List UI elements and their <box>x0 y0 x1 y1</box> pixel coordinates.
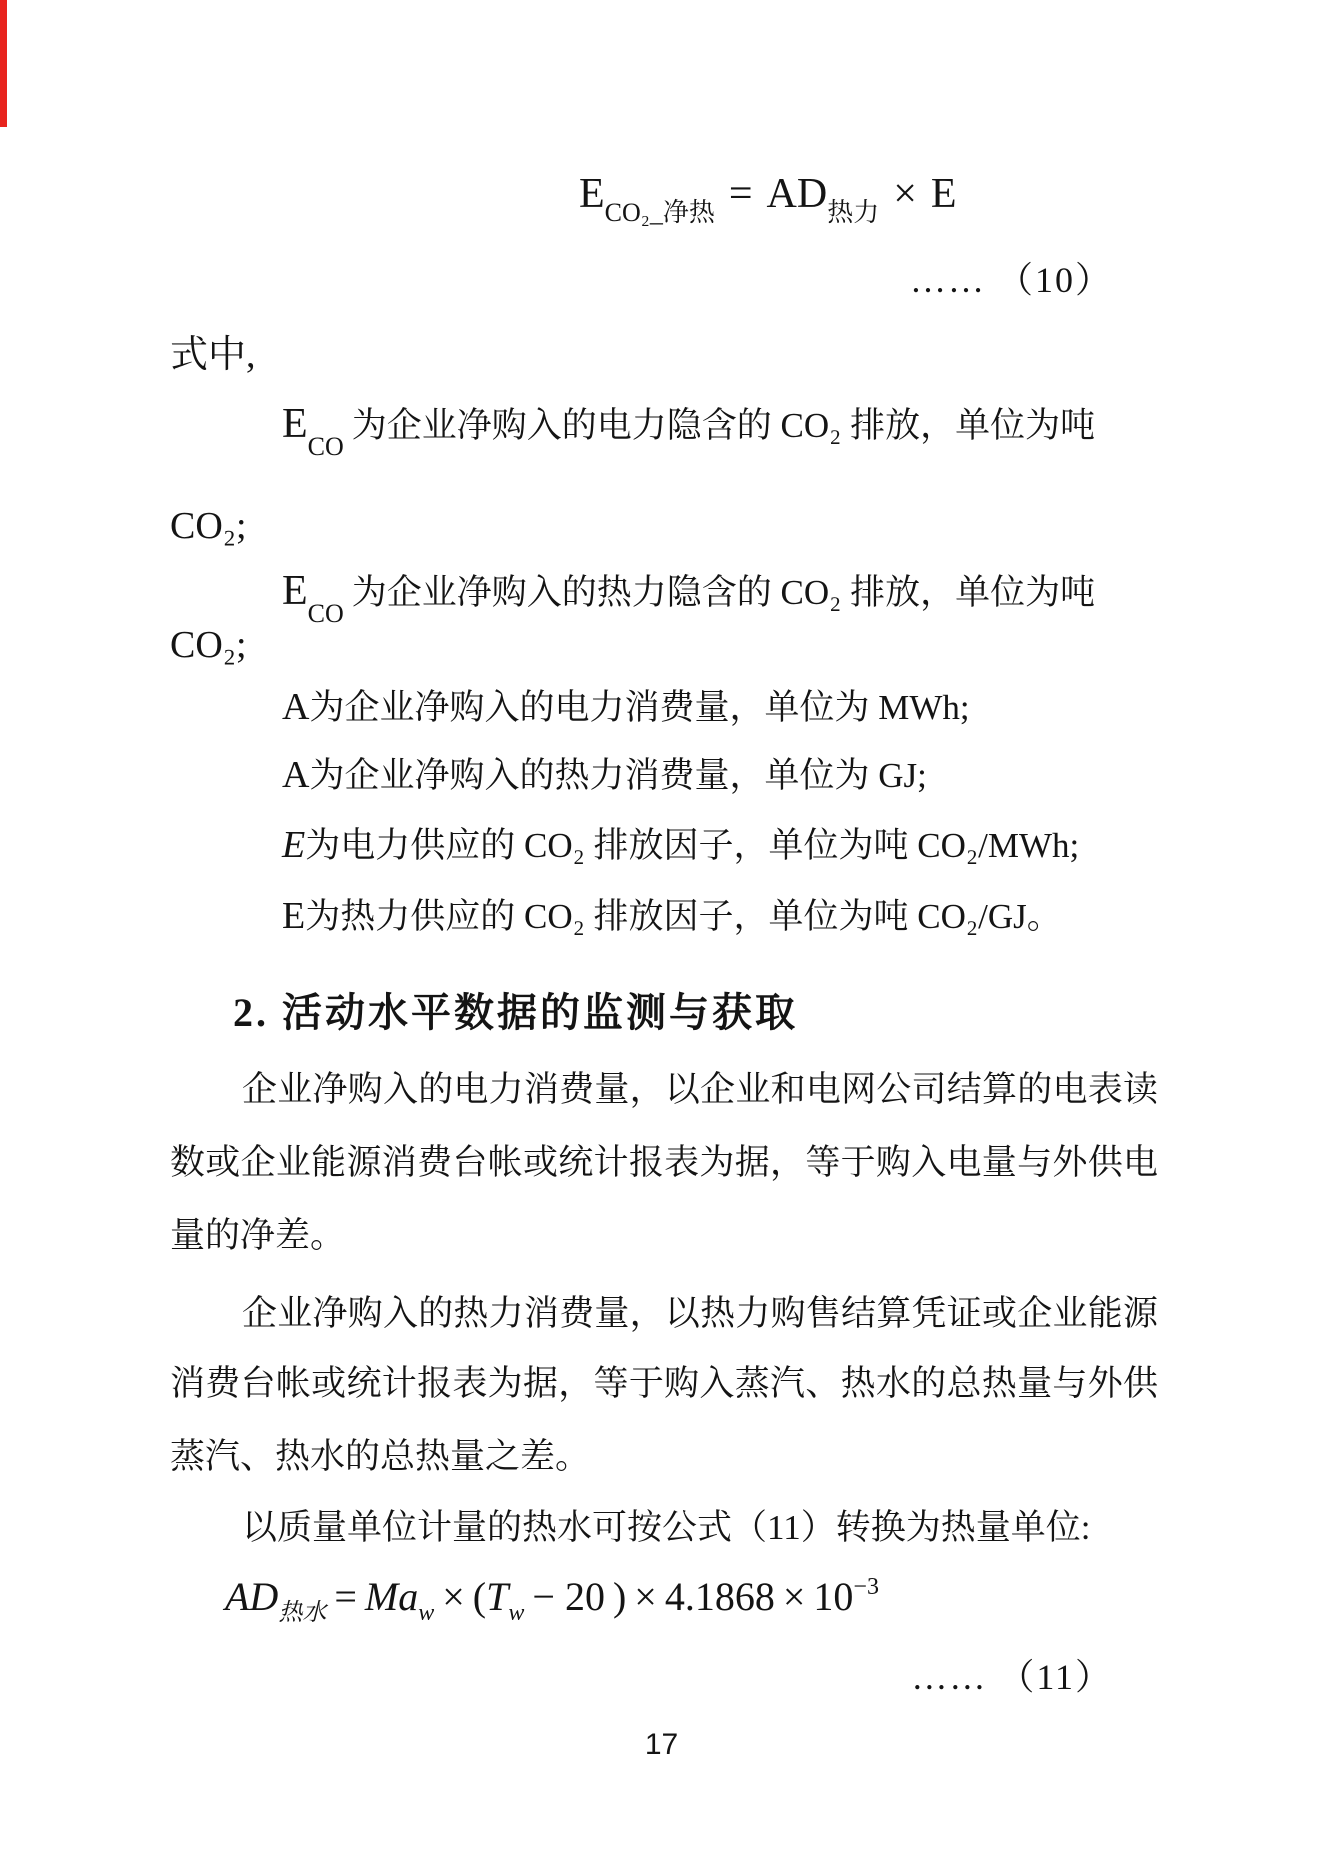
formula-11-power-base: 10 <box>813 1574 853 1619</box>
paragraph-2-line-1: 企业净购入的热力消费量，以热力购售结算凭证或企业能源 <box>170 1292 1158 1336</box>
red-annotation-mark <box>0 0 7 127</box>
definition-6-text: 为热力供应的 CO₂ 排放因子，单位为吨 CO₂/GJ。 <box>305 897 1062 936</box>
formula-10-equals: = <box>729 171 753 217</box>
formula-10-lhs-base: E <box>579 171 605 217</box>
definition-5-text: 为电力供应的 CO₂ 排放因子，单位为吨 CO₂/MWh; <box>305 826 1079 865</box>
formula-11-lhs-subscript: 热水 <box>278 1600 326 1626</box>
formula-10-times: × <box>893 171 917 217</box>
definition-line-5: E为电力供应的 CO₂ 排放因子，单位为吨 CO₂/MWh; <box>282 822 1079 870</box>
paragraph-2-line-3: 蒸汽、热水的总热量之差。 <box>170 1435 1158 1479</box>
where-intro: 式中, <box>170 332 256 380</box>
definition-3-term: A <box>282 686 309 728</box>
page-number: 17 <box>0 1728 1323 1762</box>
paragraph-1-line-2: 数或企业能源消费台帐或统计报表为据，等于购入电量与外供电 <box>170 1141 1158 1185</box>
formula-11-coefficient: 4.1868 <box>665 1574 775 1619</box>
formula-11-paren-close: ) <box>613 1574 626 1619</box>
formula-11-m-base: Ma <box>365 1574 418 1619</box>
formula-11-times-1: × <box>442 1574 465 1619</box>
definition-4-term: A <box>282 754 309 796</box>
formula-11-times-3: × <box>783 1574 806 1619</box>
formula-11-equals: = <box>334 1574 357 1619</box>
definition-line-1: ECO为企业净购入的电力隐含的 CO₂ 排放，单位为吨 <box>282 398 1103 464</box>
formula-11-intro: 以质量单位计量的热水可按公式（11）转换为热量单位: <box>170 1506 1158 1550</box>
definition-line-6: E为热力供应的 CO₂ 排放因子，单位为吨 CO₂/GJ。 <box>282 893 1062 941</box>
definition-line-4: A为企业净购入的热力消费量，单位为 GJ; <box>282 752 927 800</box>
formula-11-t-subscript: w <box>508 1600 524 1626</box>
formula-11-t-base: T <box>486 1574 508 1619</box>
definition-3-text: 为企业净购入的电力消费量，单位为 MWh; <box>309 688 969 727</box>
formula-10-rhs-factor: E <box>931 171 957 217</box>
definition-2-term: E <box>282 568 308 614</box>
paragraph-1-line-3: 量的净差。 <box>170 1214 1158 1258</box>
formula-10-rhs-base: AD <box>767 171 828 217</box>
definition-6-term: E <box>282 895 305 937</box>
paragraph-2-line-2: 消费台帐或统计报表为据，等于购入蒸汽、热水的总热量与外供 <box>170 1362 1158 1406</box>
formula-10-lhs-subscript: CO₂_净热 <box>605 198 715 227</box>
formula-11-paren-open: ( <box>473 1574 486 1619</box>
definition-2-term-subscript: CO <box>308 599 344 628</box>
formula-10: ECO₂_净热=AD热力×E <box>579 168 957 230</box>
formula-11-power-exponent: −3 <box>853 1574 879 1600</box>
equation-label-10: …… （10） <box>910 258 1113 303</box>
definition-1-text: 为企业净购入的电力隐含的 CO₂ 排放，单位为吨 <box>352 406 1095 445</box>
definition-2-text: 为企业净购入的热力隐含的 CO₂ 排放，单位为吨 <box>352 573 1095 612</box>
formula-11: AD热水=Maw×(Tw− 20)×4.1868×10−3 <box>225 1572 879 1628</box>
definition-line-2: ECO为企业净购入的热力隐含的 CO₂ 排放，单位为吨 <box>282 565 1103 631</box>
equation-label-11: …… （11） <box>911 1655 1113 1700</box>
section-heading: 2. 活动水平数据的监测与获取 <box>233 988 798 1038</box>
definition-4-text: 为企业净购入的热力消费量，单位为 GJ; <box>309 756 926 795</box>
formula-10-rhs-subscript: 热力 <box>827 198 879 227</box>
definition-5-term: E <box>282 824 305 866</box>
formula-11-lhs-base: AD <box>225 1574 278 1619</box>
definition-1-term-subscript: CO <box>308 432 344 461</box>
formula-11-m-subscript: w <box>418 1600 434 1626</box>
formula-11-minus-term: − 20 <box>532 1574 605 1619</box>
definition-1-continuation: CO₂; <box>170 503 247 551</box>
definition-1-term: E <box>282 401 308 447</box>
formula-11-times-2: × <box>634 1574 657 1619</box>
paragraph-1-line-1: 企业净购入的电力消费量，以企业和电网公司结算的电表读 <box>170 1068 1158 1112</box>
definition-line-3: A为企业净购入的电力消费量，单位为 MWh; <box>282 684 970 732</box>
definition-2-continuation: CO₂; <box>170 622 247 670</box>
document-page: ECO₂_净热=AD热力×E …… （10） 式中, ECO为企业净购入的电力隐… <box>0 0 1323 1871</box>
